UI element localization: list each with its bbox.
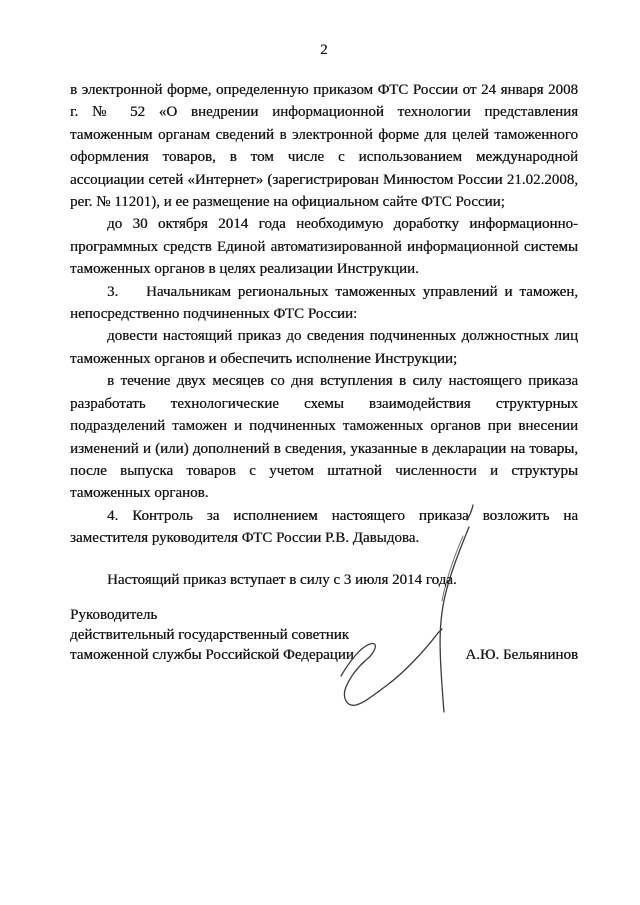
paragraph-continuation: в электронной форме, определенную приказ…: [70, 79, 578, 213]
signer-position-line: таможенной службы Российской Федерации: [70, 645, 354, 665]
paragraph-two-months: в течение двух месяцев со дня вступления…: [70, 370, 578, 504]
page-number: 2: [70, 42, 578, 59]
paragraph-effective-date: Настоящий приказ вступает в силу с 3 июл…: [70, 569, 578, 591]
signer-position: Руководитель действительный государствен…: [70, 605, 354, 665]
signature-block: Руководитель действительный государствен…: [70, 605, 578, 665]
paragraph-deadline-october: до 30 октября 2014 года необходимую дора…: [70, 213, 578, 280]
paragraph-item-3: 3. Начальникам региональных таможенных у…: [70, 281, 578, 326]
paragraph-item-4-control: 4. Контроль за исполнением настоящего пр…: [70, 505, 578, 550]
paragraph-dovesti: довести настоящий приказ до сведения под…: [70, 325, 578, 370]
document-page: 2 в электронной форме, определенную прик…: [0, 0, 640, 905]
signer-position-line: Руководитель: [70, 605, 354, 625]
signer-name: А.Ю. Бельянинов: [465, 645, 578, 665]
signer-position-line: действительный государственный советник: [70, 625, 354, 645]
document-body: в электронной форме, определенную приказ…: [70, 79, 578, 591]
